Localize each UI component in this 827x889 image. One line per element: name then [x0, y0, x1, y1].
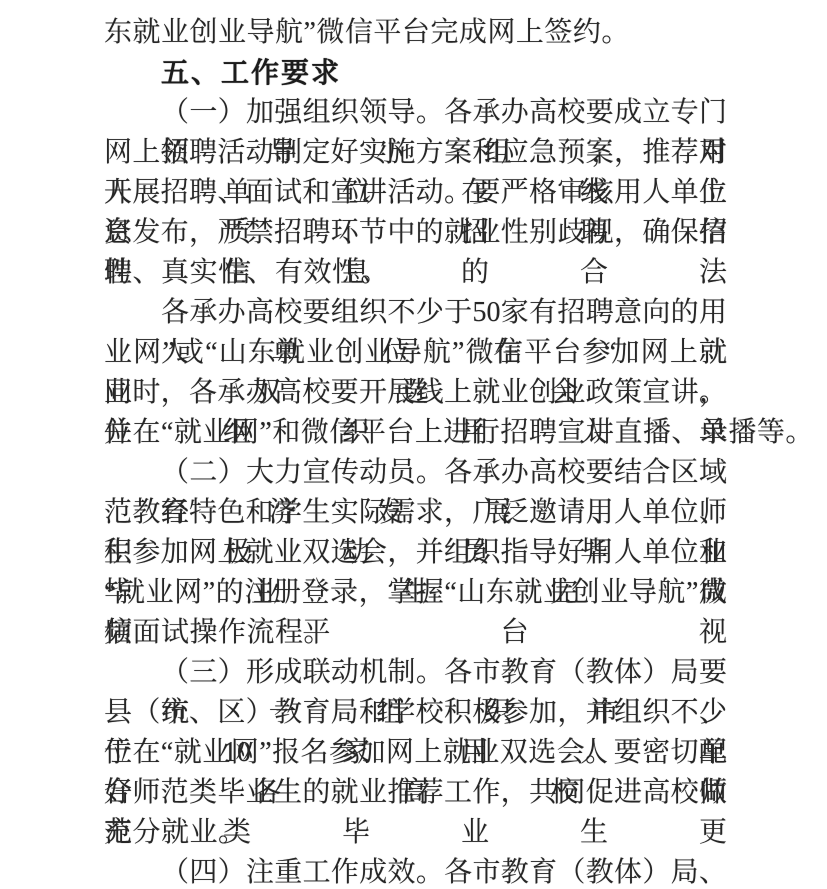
text-line: 息发布，严禁招聘环节中的就业性别歧视，确保招聘信息的合法 — [104, 213, 727, 253]
document-page: 东就业创业导航”微信平台完成网上签约。五、工作要求（一）加强组织领导。各承办高校… — [0, 0, 827, 889]
text-line: “就业网”的注册登录，掌握“山东就业创业导航”微信平台视 — [104, 573, 727, 613]
section-heading: 五、工作要求 — [104, 53, 727, 93]
text-line: 位在“就业网”和微信平台上进行招聘宣讲直播、录播等。 — [104, 413, 727, 453]
text-line: 业网”或“山东就业创业导航”微信平台参加网上就业双选会。 — [104, 333, 727, 373]
text-line: 各承办高校要组织不少于50家有招聘意向的用人单位在“就 — [104, 293, 727, 333]
document-text-block: 东就业创业导航”微信平台完成网上签约。五、工作要求（一）加强组织领导。各承办高校… — [104, 13, 727, 889]
text-line: 范教育特色和学生实际需求，广泛邀请用人单位、积极动员毕业 — [104, 493, 727, 533]
text-line: 生参加网上就业双选会，并组织指导好用人单位和毕业生完成 — [104, 533, 727, 573]
text-line: 同时，各承办高校要开展线上就业创业政策宣讲，并组织用人单 — [104, 373, 727, 413]
text-line: 位在“就业网”报名参加网上就业双选会。要密切配合各高校做 — [104, 733, 727, 773]
text-line: （二）大力宣传动员。各承办高校要结合区域经济发展、师 — [104, 453, 727, 493]
text-line: 县（市、区）教育局和学校积极参加，并组织不少于10家用人单 — [104, 693, 727, 733]
text-line: 网上招聘活动制定好实施方案和应急预案，推荐用人单位在线上 — [104, 133, 727, 173]
text-line: 好师范类毕业生的就业推荐工作，共同促进高校师范类毕业生更 — [104, 773, 727, 813]
text-line: （三）形成联动机制。各市教育（教体）局要统一组织市、 — [104, 653, 727, 693]
text-line: （一）加强组织领导。各承办高校要成立专门领导小组，对 — [104, 93, 727, 133]
text-line: 开展招聘、面试和宣讲活动。要严格审核用人单位资质、招聘信 — [104, 173, 727, 213]
text-line: 东就业创业导航”微信平台完成网上签约。 — [104, 13, 727, 53]
text-line: （四）注重工作成效。各市教育（教体）局、有关高校要始 — [104, 853, 727, 889]
